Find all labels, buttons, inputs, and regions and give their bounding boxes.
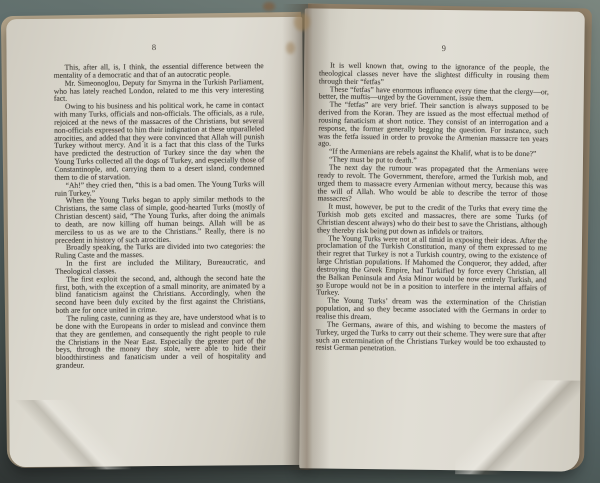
page-number-right: 9 <box>304 8 585 54</box>
photo-background: 8 This, after all, is, I think, the esse… <box>0 0 600 483</box>
paragraph: The Germans, aware of this, and wishing … <box>316 320 546 354</box>
book-page-right: 9 It is well known that, owing to the ig… <box>299 8 585 471</box>
paragraph: Mr. Simeonoglou, Deputy for Smyrna in th… <box>54 78 264 103</box>
paragraph: The next day the rumour was propagated t… <box>317 163 547 205</box>
paragraph: The “fetfas” are very brief. Their sanct… <box>318 101 549 151</box>
paragraph: The Young Turks were not at all timid in… <box>316 234 547 300</box>
page-corner-crease <box>455 379 586 476</box>
page-corner-crease <box>5 399 131 470</box>
paragraph: Owing to his business and his political … <box>54 101 265 181</box>
paragraph: The ruling caste, cunning as they are, h… <box>56 313 266 370</box>
paragraph: The first exploit the second, and, altho… <box>55 274 265 315</box>
book-page-left: 8 This, after all, is, I think, the esse… <box>6 17 306 467</box>
paragraph: It must, however, be put to the credit o… <box>317 203 547 237</box>
paper-stain <box>263 2 275 11</box>
paragraph: When the Young Turks began to apply simi… <box>55 195 265 244</box>
page-number-left: 8 <box>6 17 302 53</box>
page-right-text-block: It is well known that, owing to the igno… <box>316 61 550 354</box>
page-left-text-block: This, after all, is, I think, the essent… <box>54 62 266 370</box>
paragraph: It is well known that, owing to the igno… <box>319 61 549 87</box>
